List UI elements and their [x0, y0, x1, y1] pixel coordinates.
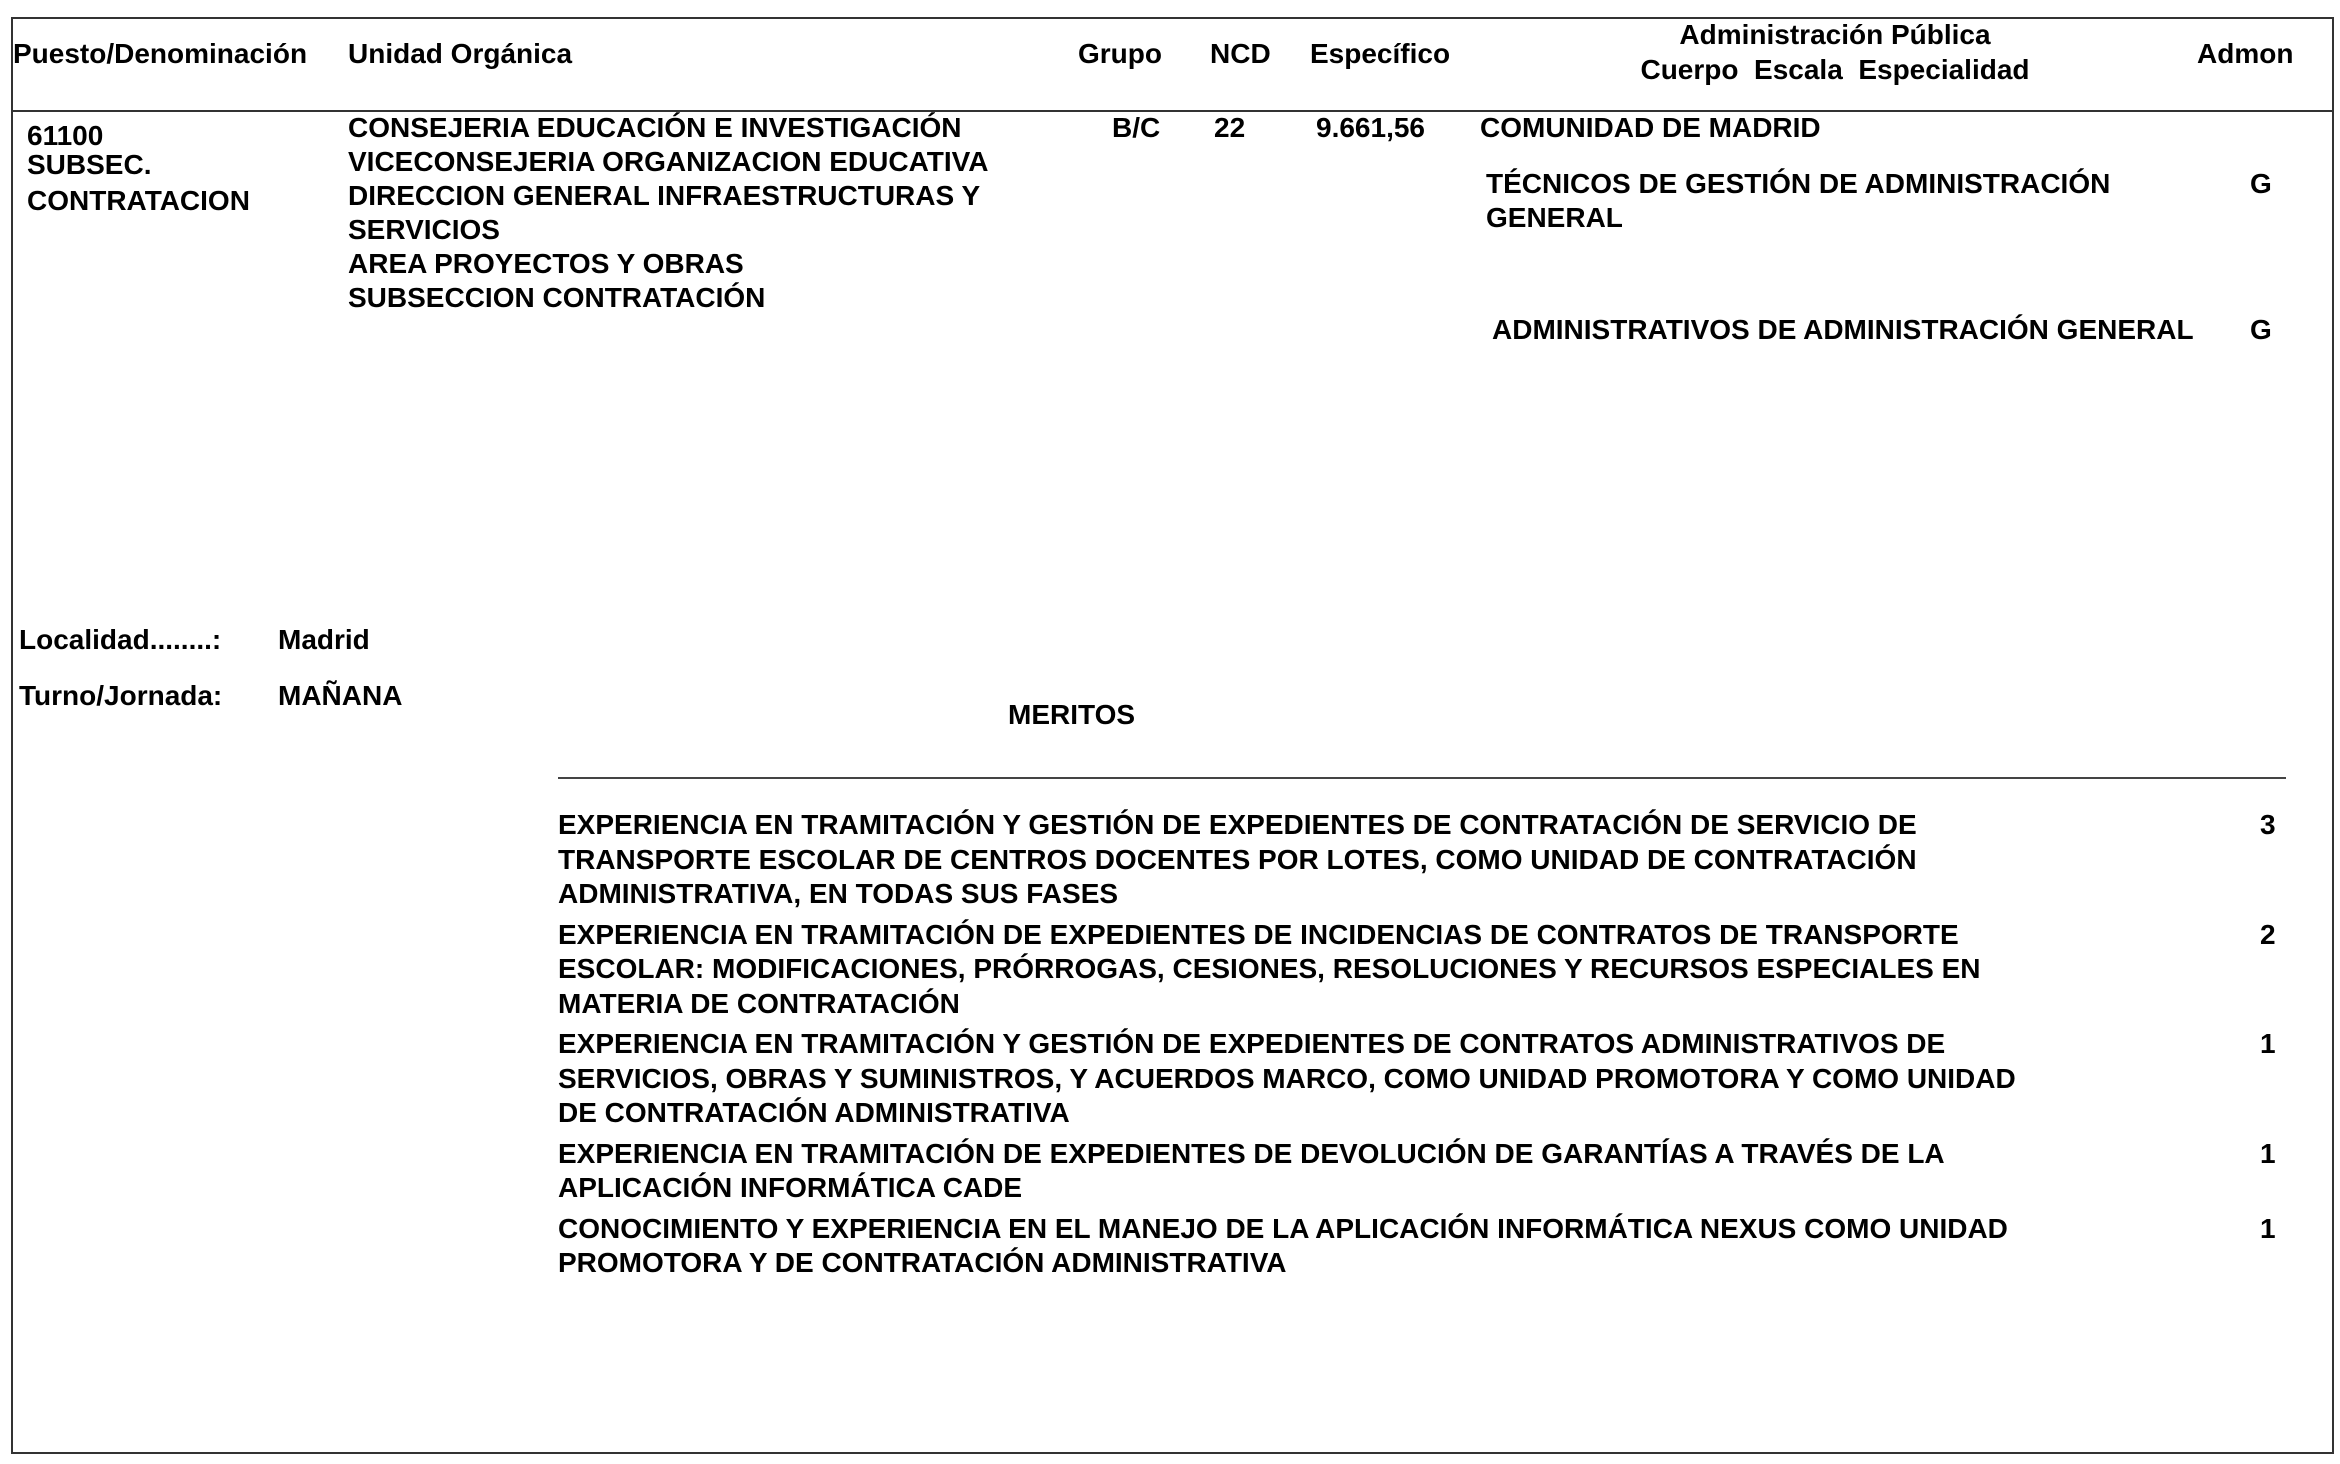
merito-line: EXPERIENCIA EN TRAMITACIÓN DE EXPEDIENTE… [558, 918, 2118, 953]
localidad-label: Localidad........: [19, 623, 221, 657]
header-admin-publica: Administración Pública [1635, 19, 2035, 51]
merito-line: TRANSPORTE ESCOLAR DE CENTROS DOCENTES P… [558, 843, 2118, 878]
merito-puntos: 1 [2260, 1137, 2276, 1171]
merito-text: EXPERIENCIA EN TRAMITACIÓN Y GESTIÓN DE … [558, 808, 2118, 912]
unidad-line: AREA PROYECTOS Y OBRAS [348, 247, 744, 281]
merito-line: CONOCIMIENTO Y EXPERIENCIA EN EL MANEJO … [558, 1212, 2118, 1247]
administracion-value: COMUNIDAD DE MADRID [1480, 111, 1821, 145]
unidad-line: SUBSECCION CONTRATACIÓN [348, 281, 765, 315]
merito-puntos: 1 [2260, 1212, 2276, 1246]
puesto-denominacion-2: CONTRATACION [27, 184, 250, 218]
header-especifico: Específico [1310, 38, 1450, 70]
unidad-line: SERVICIOS [348, 213, 500, 247]
merito-line: ESCOLAR: MODIFICACIONES, PRÓRROGAS, CESI… [558, 952, 2118, 987]
merito-line: MATERIA DE CONTRATACIÓN [558, 987, 2118, 1022]
merito-text: EXPERIENCIA EN TRAMITACIÓN DE EXPEDIENTE… [558, 918, 2118, 1022]
merito-line: EXPERIENCIA EN TRAMITACIÓN DE EXPEDIENTE… [558, 1137, 2118, 1172]
meritos-divider [558, 777, 2286, 779]
merito-puntos: 3 [2260, 808, 2276, 842]
merito-line: DE CONTRATACIÓN ADMINISTRATIVA [558, 1096, 2118, 1131]
turno-value: MAÑANA [278, 679, 402, 713]
header-puesto: Puesto/Denominación [13, 38, 307, 70]
cuerpo-1-line-1: TÉCNICOS DE GESTIÓN DE ADMINISTRACIÓN [1486, 167, 2110, 201]
puesto-denominacion-1: SUBSEC. [27, 150, 151, 180]
header-unidad: Unidad Orgánica [348, 38, 572, 70]
cuerpo-2-line-1: ADMINISTRATIVOS DE ADMINISTRACIÓN GENERA… [1492, 313, 2194, 347]
merito-line: ADMINISTRATIVA, EN TODAS SUS FASES [558, 877, 2118, 912]
unidad-line: VICECONSEJERIA ORGANIZACION EDUCATIVA [348, 145, 988, 179]
merito-text: EXPERIENCIA EN TRAMITACIÓN Y GESTIÓN DE … [558, 1027, 2118, 1131]
localidad-value: Madrid [278, 623, 370, 657]
unidad-line: CONSEJERIA EDUCACIÓN E INVESTIGACIÓN [348, 111, 961, 145]
puesto-codigo: 61100 [27, 122, 103, 150]
merito-text: EXPERIENCIA EN TRAMITACIÓN DE EXPEDIENTE… [558, 1137, 2118, 1206]
cuerpo-1-line-2: GENERAL [1486, 201, 1623, 235]
merito-line: PROMOTORA Y DE CONTRATACIÓN ADMINISTRATI… [558, 1246, 2118, 1281]
cuerpo-1-admon: G [2250, 167, 2272, 201]
merito-line: EXPERIENCIA EN TRAMITACIÓN Y GESTIÓN DE … [558, 1027, 2118, 1062]
ncd-value: 22 [1214, 111, 1245, 145]
meritos-title: MERITOS [1008, 698, 1135, 732]
unidad-line: DIRECCION GENERAL INFRAESTRUCTURAS Y [348, 179, 980, 213]
header-ncd: NCD [1210, 38, 1271, 70]
header-cuerpo-escala: Cuerpo Escala Especialidad [1605, 54, 2065, 86]
merito-line: SERVICIOS, OBRAS Y SUMINISTROS, Y ACUERD… [558, 1062, 2118, 1097]
merito-puntos: 2 [2260, 918, 2276, 952]
merito-puntos: 1 [2260, 1027, 2276, 1061]
header-admon: Admon [2197, 38, 2293, 70]
merito-line: EXPERIENCIA EN TRAMITACIÓN Y GESTIÓN DE … [558, 808, 2118, 843]
merito-text: CONOCIMIENTO Y EXPERIENCIA EN EL MANEJO … [558, 1212, 2118, 1281]
cuerpo-2-admon: G [2250, 313, 2272, 347]
especifico-value: 9.661,56 [1316, 111, 1425, 145]
grupo-value: B/C [1112, 111, 1160, 145]
turno-label: Turno/Jornada: [19, 679, 222, 713]
header-grupo: Grupo [1078, 38, 1162, 70]
merito-line: APLICACIÓN INFORMÁTICA CADE [558, 1171, 2118, 1206]
